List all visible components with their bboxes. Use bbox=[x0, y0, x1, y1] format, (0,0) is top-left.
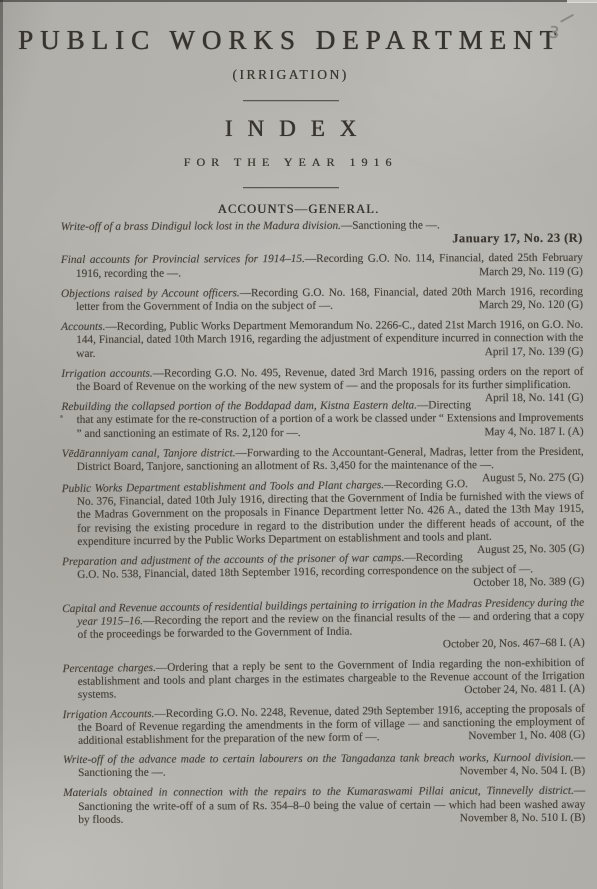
entry-subject: Vēdāranniyam canal, Tanjore district. bbox=[62, 447, 236, 460]
entry-reference: November 8, No. 510 I. (B) bbox=[460, 811, 586, 825]
entry-subject: Write-off of the advance made to certain… bbox=[63, 752, 574, 766]
entry-reference: April 18, No. 141 (G) bbox=[485, 392, 584, 406]
index-entry: Preparation and adjustment of the accoun… bbox=[62, 550, 584, 596]
entry-subject: Write-off of a brass Dindigul lock lost … bbox=[61, 220, 341, 233]
entry-reference: March 29, No. 120 (G) bbox=[479, 299, 583, 313]
entry-subject: Percentage charges. bbox=[62, 662, 155, 675]
entry-reference: April 17, No. 139 (G) bbox=[485, 345, 584, 359]
entry-description: —Recording G.O. No. 495, Revenue, dated … bbox=[76, 366, 583, 393]
index-entry: Final accounts for Provincial services f… bbox=[61, 252, 583, 281]
index-entry: Write-off of a brass Dindigul lock lost … bbox=[61, 219, 583, 248]
index-entry: Irrigation Accounts.—Recording G.O. No. … bbox=[63, 703, 585, 749]
entry-subject: Irrigation accounts. bbox=[61, 367, 152, 379]
handwritten-mark-text: 3 bbox=[548, 23, 560, 43]
index-entry: Capital and Revenue accounts of resident… bbox=[62, 597, 585, 656]
entry-reference: May 4, No. 187 I. (A) bbox=[484, 425, 583, 439]
divider-rule-bottom bbox=[243, 187, 339, 188]
entry-reference: October 24, No. 481 I. (A) bbox=[464, 683, 585, 698]
entry-reference: November 1, No. 408 (G) bbox=[468, 729, 585, 744]
pencil-tick-icon bbox=[560, 14, 574, 23]
branch-subtitle: (IRRIGATION) bbox=[0, 67, 589, 83]
index-entry: Public Works Department establishment an… bbox=[62, 477, 585, 549]
index-title: INDEX bbox=[0, 116, 589, 142]
scanned-page: PUBLIC WORKS DEPARTMENT 3 (IRRIGATION) I… bbox=[0, 0, 597, 889]
index-entry: Write-off of the advance made to certain… bbox=[63, 752, 585, 781]
section-heading: ACCOUNTS—GENERAL. bbox=[0, 202, 597, 217]
entry-subject: Materials obtained in connection with th… bbox=[63, 785, 574, 799]
entry-subject: Objections raised by Account officers. bbox=[61, 287, 240, 300]
entry-subject: Irrigation Accounts. bbox=[63, 708, 155, 721]
year-line: FOR THE YEAR 1916 bbox=[0, 155, 589, 170]
handwritten-mark: 3 bbox=[548, 23, 560, 43]
divider-rule-top bbox=[243, 100, 339, 101]
entry-reference: January 17, No. 23 (R) bbox=[76, 232, 583, 247]
entry-subject: Accounts. bbox=[61, 321, 105, 333]
entry-subject: Final accounts for Provincial services f… bbox=[61, 253, 305, 266]
entry-reference: November 4, No. 504 I. (B) bbox=[460, 765, 586, 779]
index-entry: Vēdāranniyam canal, Tanjore district.—Fo… bbox=[62, 446, 584, 475]
entry-description: —Sanctioning the —. bbox=[341, 219, 440, 231]
index-entry: Percentage charges.—Ordering that a repl… bbox=[62, 656, 584, 702]
page-header: PUBLIC WORKS DEPARTMENT 3 (IRRIGATION) I… bbox=[0, 0, 589, 188]
index-entry: Irrigation accounts.—Recording G.O. No. … bbox=[61, 366, 583, 395]
index-entry: Accounts.—Recording, Public Works Depart… bbox=[61, 319, 583, 361]
index-entry: Materials obtained in connection with th… bbox=[63, 785, 585, 827]
entry-reference: March 29, No. 119 (G) bbox=[479, 265, 583, 279]
department-title-row: PUBLIC WORKS DEPARTMENT 3 bbox=[0, 25, 589, 55]
entry-subject: Rebuilding the collapsed portion of the … bbox=[61, 400, 417, 414]
index-entry: Objections raised by Account officers.—R… bbox=[61, 286, 583, 315]
department-title: PUBLIC WORKS DEPARTMENT bbox=[0, 25, 589, 55]
index-entries: Write-off of a brass Dindigul lock lost … bbox=[0, 216, 597, 828]
